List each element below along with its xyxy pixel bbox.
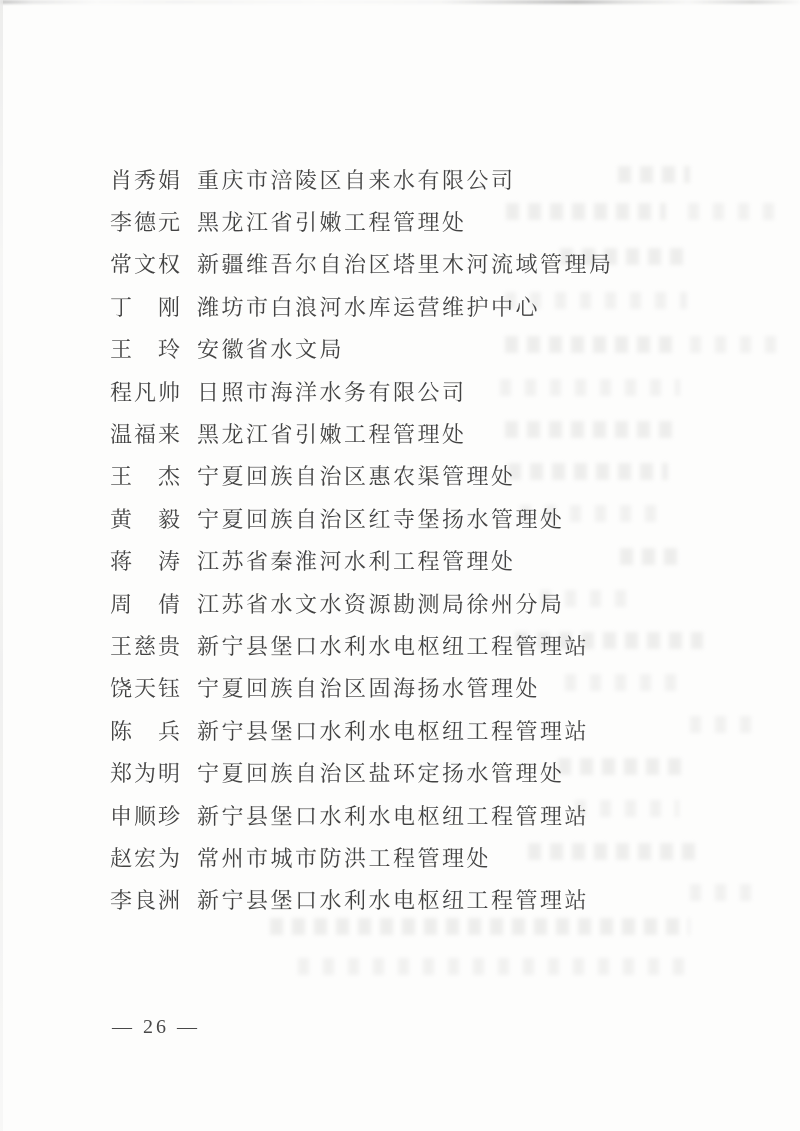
- recipient-name: 王 玲: [110, 333, 180, 364]
- recipient-organization: 新疆维吾尔自治区塔里木河流域管理局: [197, 248, 614, 279]
- recipient-name: 丁 刚: [110, 291, 180, 322]
- page-number: — 26 —: [112, 1016, 200, 1039]
- recipient-list: 肖秀娟 重庆市涪陵区自来水有限公司 李德元 黑龙江省引嫩工程管理处 常文权 新疆…: [110, 158, 614, 921]
- list-item: 常文权 新疆维吾尔自治区塔里木河流域管理局: [110, 243, 614, 285]
- recipient-organization: 宁夏回族自治区盐环定扬水管理处: [197, 757, 565, 788]
- recipient-organization: 新宁县堡口水利水电枢纽工程管理站: [197, 800, 589, 831]
- list-item: 李良洲 新宁县堡口水利水电枢纽工程管理站: [110, 879, 614, 921]
- scan-left-edge-artifact: [0, 0, 3, 1131]
- recipient-name: 赵宏为: [110, 842, 180, 873]
- list-item: 赵宏为 常州市城市防洪工程管理处: [110, 836, 614, 878]
- bleed-through-mark: [690, 336, 778, 353]
- recipient-name: 程凡帅: [110, 376, 180, 407]
- recipient-name: 蒋 涛: [110, 545, 180, 576]
- recipient-organization: 安徽省水文局: [197, 333, 344, 364]
- recipient-name: 李良洲: [110, 884, 180, 915]
- recipient-organization: 日照市海洋水务有限公司: [197, 376, 467, 407]
- bleed-through-mark: [618, 166, 690, 183]
- recipient-name: 饶天钰: [110, 672, 180, 703]
- list-item: 肖秀娟 重庆市涪陵区自来水有限公司: [110, 158, 614, 200]
- list-item: 丁 刚 潍坊市白浪河水库运营维护中心: [110, 285, 614, 327]
- bleed-through-mark: [690, 884, 754, 901]
- recipient-organization: 黑龙江省引嫩工程管理处: [197, 206, 467, 237]
- recipient-name: 王 杰: [110, 460, 180, 491]
- list-item: 蒋 涛 江苏省秦淮河水利工程管理处: [110, 540, 614, 582]
- recipient-organization: 新宁县堡口水利水电枢纽工程管理站: [197, 630, 589, 661]
- bleed-through-mark: [690, 716, 754, 733]
- recipient-name: 温福来: [110, 418, 180, 449]
- bleed-through-mark: [620, 548, 684, 565]
- recipient-name: 王慈贵: [110, 630, 180, 661]
- scan-top-edge-artifact: [0, 0, 800, 4]
- recipient-organization: 重庆市涪陵区自来水有限公司: [197, 164, 516, 195]
- recipient-name: 申顺珍: [110, 800, 180, 831]
- bleed-through-mark: [298, 958, 690, 975]
- recipient-organization: 潍坊市白浪河水库运营维护中心: [197, 291, 540, 322]
- recipient-organization: 宁夏回族自治区红寺堡扬水管理处: [197, 503, 565, 534]
- scanned-document-page: { "document": { "page_number": "26", "pa…: [0, 0, 800, 1131]
- recipient-name: 黄 毅: [110, 503, 180, 534]
- list-item: 申顺珍 新宁县堡口水利水电枢纽工程管理站: [110, 794, 614, 836]
- list-item: 周 倩 江苏省水文水资源勘测局徐州分局: [110, 582, 614, 624]
- list-item: 程凡帅 日照市海洋水务有限公司: [110, 370, 614, 412]
- recipient-organization: 新宁县堡口水利水电枢纽工程管理站: [197, 715, 589, 746]
- recipient-name: 郑为明: [110, 757, 180, 788]
- recipient-organization: 江苏省水文水资源勘测局徐州分局: [197, 588, 565, 619]
- list-item: 王慈贵 新宁县堡口水利水电枢纽工程管理站: [110, 624, 614, 666]
- list-item: 黄 毅 宁夏回族自治区红寺堡扬水管理处: [110, 497, 614, 539]
- list-item: 饶天钰 宁夏回族自治区固海扬水管理处: [110, 667, 614, 709]
- recipient-name: 肖秀娟: [110, 164, 180, 195]
- recipient-name: 常文权: [110, 248, 180, 279]
- bleed-through-mark: [688, 203, 780, 220]
- list-item: 王 杰 宁夏回族自治区惠农渠管理处: [110, 455, 614, 497]
- list-item: 王 玲 安徽省水文局: [110, 328, 614, 370]
- recipient-organization: 宁夏回族自治区惠农渠管理处: [197, 460, 516, 491]
- list-item: 李德元 黑龙江省引嫩工程管理处: [110, 200, 614, 242]
- recipient-organization: 新宁县堡口水利水电枢纽工程管理站: [197, 884, 589, 915]
- recipient-organization: 宁夏回族自治区固海扬水管理处: [197, 672, 540, 703]
- recipient-organization: 黑龙江省引嫩工程管理处: [197, 418, 467, 449]
- recipient-organization: 江苏省秦淮河水利工程管理处: [197, 545, 516, 576]
- recipient-name: 陈 兵: [110, 715, 180, 746]
- recipient-name: 李德元: [110, 206, 180, 237]
- recipient-name: 周 倩: [110, 588, 180, 619]
- list-item: 陈 兵 新宁县堡口水利水电枢纽工程管理站: [110, 709, 614, 751]
- recipient-organization: 常州市城市防洪工程管理处: [197, 842, 491, 873]
- list-item: 温福来 黑龙江省引嫩工程管理处: [110, 412, 614, 454]
- list-item: 郑为明 宁夏回族自治区盐环定扬水管理处: [110, 751, 614, 793]
